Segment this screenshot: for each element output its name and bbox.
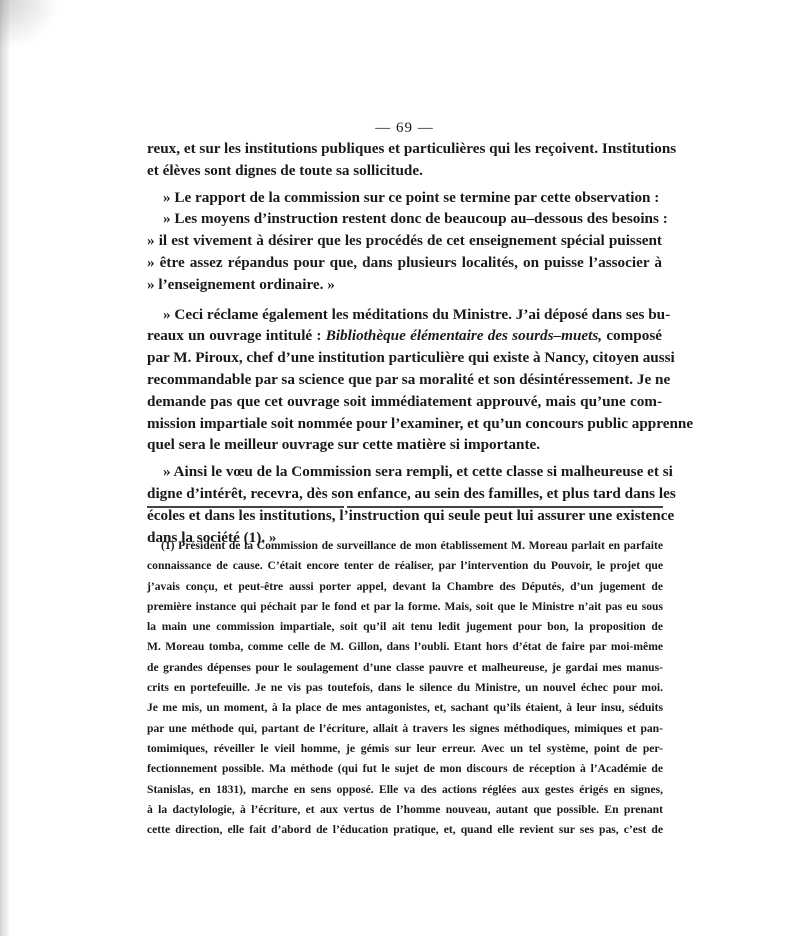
footnote: (1) Président de la Commission de survei…: [147, 536, 663, 840]
text-line: et élèves sont dignes de toute sa sollic…: [147, 160, 662, 182]
footnote-line: j’avais conçu, et peut-être aussi porter…: [147, 577, 663, 597]
paragraph-2: » Le rapport de la commission sur ce poi…: [147, 187, 662, 209]
footnote-line: première instance qui péchait par le fon…: [147, 597, 663, 617]
paragraph-4: » Ceci réclame également les méditations…: [147, 304, 662, 457]
text-line: » Ainsi le vœu de la Commission sera rem…: [147, 461, 662, 483]
paragraph-1: reux, et sur les institutions publiques …: [147, 138, 662, 182]
footnote-line: de grandes dépenses pour le soulagement …: [147, 658, 663, 678]
text-fragment: reaux un ouvrage intitulé :: [147, 327, 326, 344]
text-line: reaux un ouvrage intitulé : Bibliothèque…: [147, 325, 662, 347]
footnote-line: crits en portefeuille. Je ne vis pas tou…: [147, 678, 663, 698]
text-line: » Les moyens d’instruction restent donc …: [147, 208, 662, 230]
text-line: digne d’intérêt, recevra, dès son enfanc…: [147, 483, 662, 505]
text-line: » l’enseignement ordinaire. »: [147, 274, 662, 296]
page-body: — 69 — reux, et sur les institutions pub…: [147, 118, 662, 548]
text-line: » Ceci réclame également les méditations…: [147, 304, 662, 326]
footnote-line: fectionnement possible. Ma méthode (qui …: [147, 759, 663, 779]
footnote-separator-rule: [147, 506, 663, 508]
footnote-line: (1) Président de la Commission de survei…: [147, 536, 663, 556]
footnote-line: M. Moreau tomba, comme celle de M. Gillo…: [147, 637, 663, 657]
paragraph-3-quote: » Les moyens d’instruction restent donc …: [147, 208, 662, 295]
text-line: » Le rapport de la commission sur ce poi…: [147, 187, 662, 209]
footnote-line: connaissance de cause. C’était encore te…: [147, 556, 663, 576]
footnote-line: cette direction, elle fait d’abord de l’…: [147, 820, 663, 840]
footnote-line: Je me mis, un moment, à la place de mes …: [147, 698, 663, 718]
rule-break: [344, 505, 347, 509]
text-line: » être assez répandus pour que, dans plu…: [147, 252, 662, 274]
text-fragment: composé: [602, 327, 662, 344]
text-line: par M. Piroux, chef d’une institution pa…: [147, 347, 662, 369]
text-line: recommandable par sa science que par sa …: [147, 369, 662, 391]
text-line: écoles et dans les institutions, l’instr…: [147, 505, 662, 527]
footnote-line: à la dactylologie, à l’écriture, et aux …: [147, 800, 663, 820]
page-number: — 69 —: [147, 118, 662, 138]
footnote-line: par une méthode qui, partant de l’écritu…: [147, 719, 663, 739]
text-line: quel sera le meilleur ouvrage sur cette …: [147, 434, 662, 456]
footnote-line: Stanislas, en 1831), marche en sens oppo…: [147, 780, 663, 800]
text-line: mission impartiale soit nommée pour l’ex…: [147, 413, 662, 435]
main-text: reux, et sur les institutions publiques …: [147, 138, 662, 548]
text-line: reux, et sur les institutions publiques …: [147, 138, 662, 160]
footnote-line: tomimiques, réveiller le vieil homme, je…: [147, 739, 663, 759]
footnote-line: la main une commission impartiale, soit …: [147, 617, 663, 637]
scan-corner-shadow: [0, 0, 60, 50]
scan-edge-shadow: [0, 0, 9, 936]
text-line: » il est vivement à désirer que les proc…: [147, 230, 662, 252]
book-title: Bibliothèque élémentaire des sourds–muet…: [326, 327, 602, 344]
text-line: demande pas que cet ouvrage soit immédia…: [147, 391, 662, 413]
